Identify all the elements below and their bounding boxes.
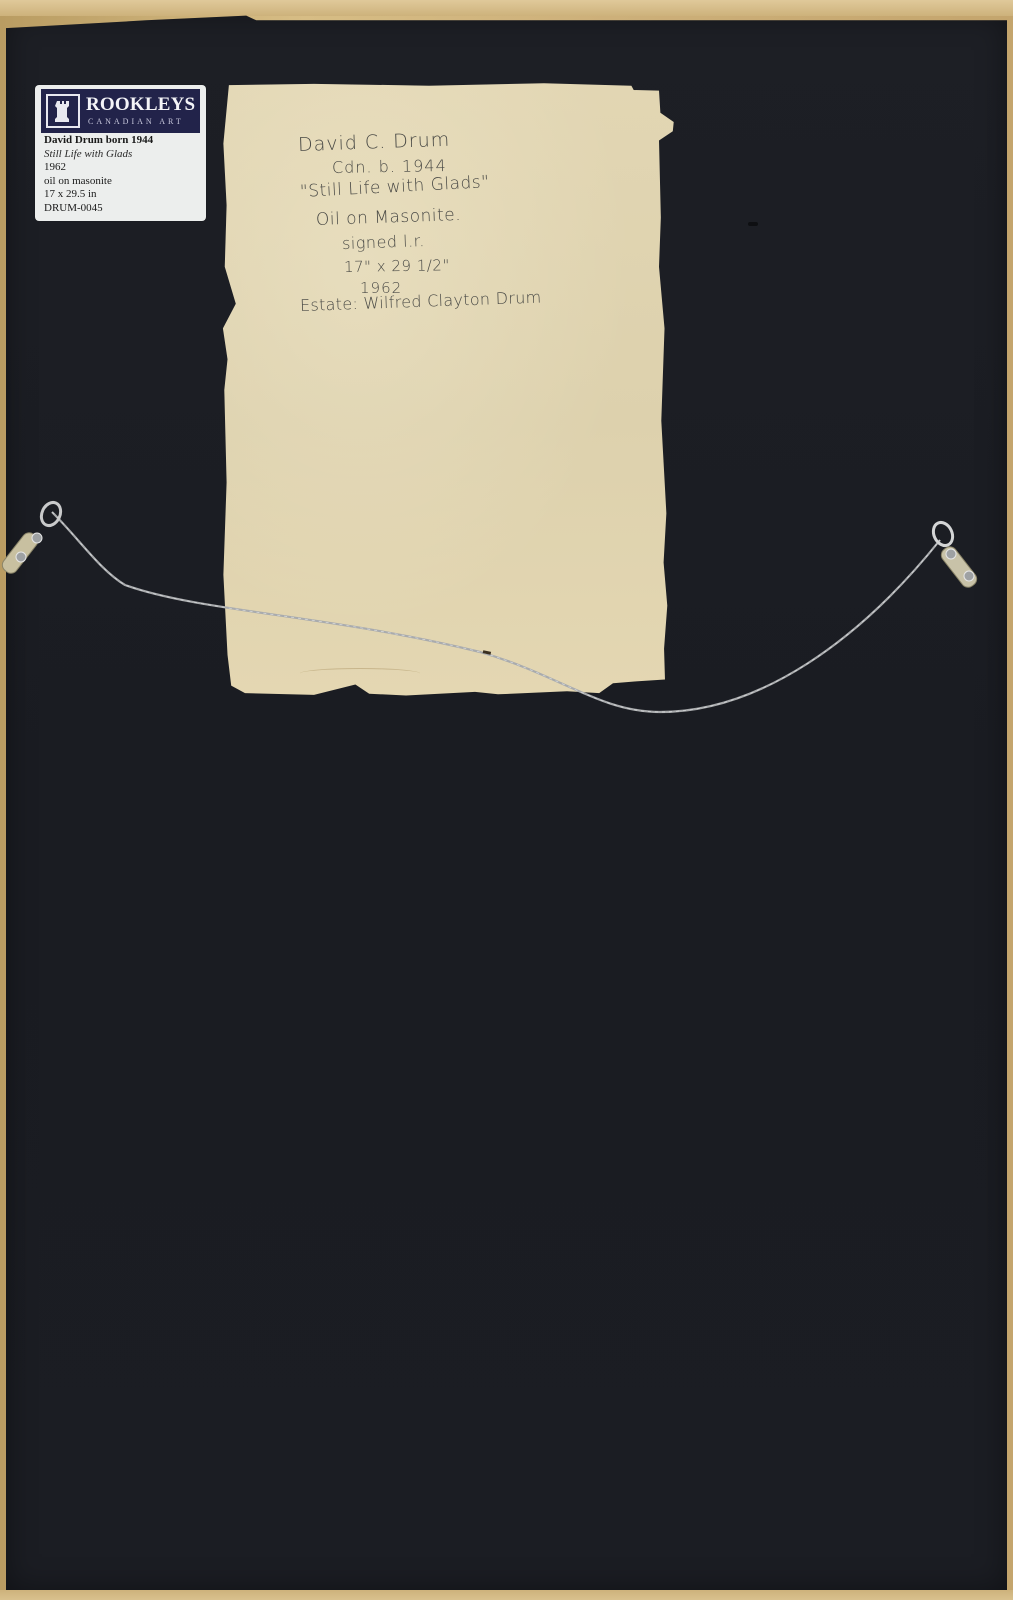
note-line-size: 17" x 29 1/2" (344, 256, 450, 276)
label-brand: ROOKLEYS (86, 94, 200, 116)
label-size: 17 x 29.5 in (44, 188, 204, 202)
label-title: Still Life with Glads (44, 148, 204, 162)
right-d-ring-hanger (925, 516, 985, 606)
paper-water-stain (300, 668, 420, 679)
gallery-label: ROOKLEYS CANADIAN ART David Drum born 19… (35, 85, 206, 221)
label-artist: David Drum born 1944 (44, 134, 204, 148)
backing-tear (748, 222, 758, 226)
label-inventory: DRUM-0045 (44, 202, 204, 216)
label-medium: oil on masonite (44, 175, 204, 189)
frame-bottom-edge (0, 1590, 1013, 1600)
castle-tower-icon (46, 94, 80, 128)
label-banner: ROOKLEYS CANADIAN ART (41, 89, 200, 133)
label-year: 1962 (44, 161, 204, 175)
castle-tower-icon-svg (54, 100, 72, 122)
left-d-ring-hanger (6, 492, 66, 582)
d-ring-hanger-icon (925, 516, 985, 606)
picture-frame: ROOKLEYS CANADIAN ART David Drum born 19… (0, 0, 1013, 1600)
label-subtitle: CANADIAN ART (88, 117, 200, 127)
frame-top-edge (0, 0, 1013, 16)
note-line-signed: signed l.r. (342, 231, 425, 253)
label-details: David Drum born 1944 Still Life with Gla… (44, 134, 204, 216)
d-ring-hanger-icon (6, 492, 66, 582)
note-line-birth: Cdn. b. 1944 (332, 156, 447, 177)
